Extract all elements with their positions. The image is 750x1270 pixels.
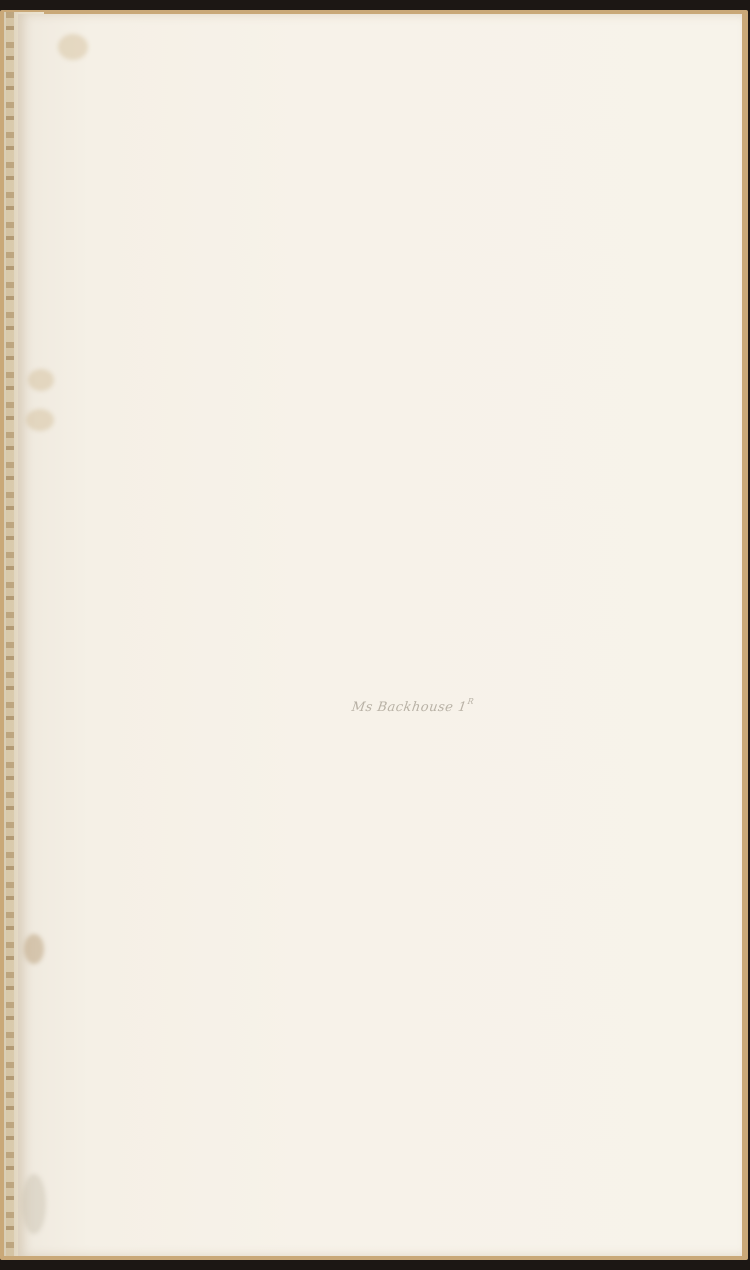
inscription-text: Ms Backhouse 1 bbox=[351, 700, 468, 715]
foxing-stain bbox=[58, 34, 88, 60]
inscription-superscript: R bbox=[467, 697, 475, 706]
foxing-stain bbox=[28, 369, 54, 391]
torn-stub-edge bbox=[6, 12, 14, 1256]
foxing-stain bbox=[26, 409, 54, 431]
manuscript-scan: Ms Backhouse 1R bbox=[0, 0, 750, 1270]
pencil-shelfmark: Ms Backhouse 1R bbox=[351, 697, 475, 715]
blank-page bbox=[18, 14, 742, 1256]
foxing-stain bbox=[22, 1174, 46, 1234]
foxing-stain bbox=[24, 934, 44, 964]
